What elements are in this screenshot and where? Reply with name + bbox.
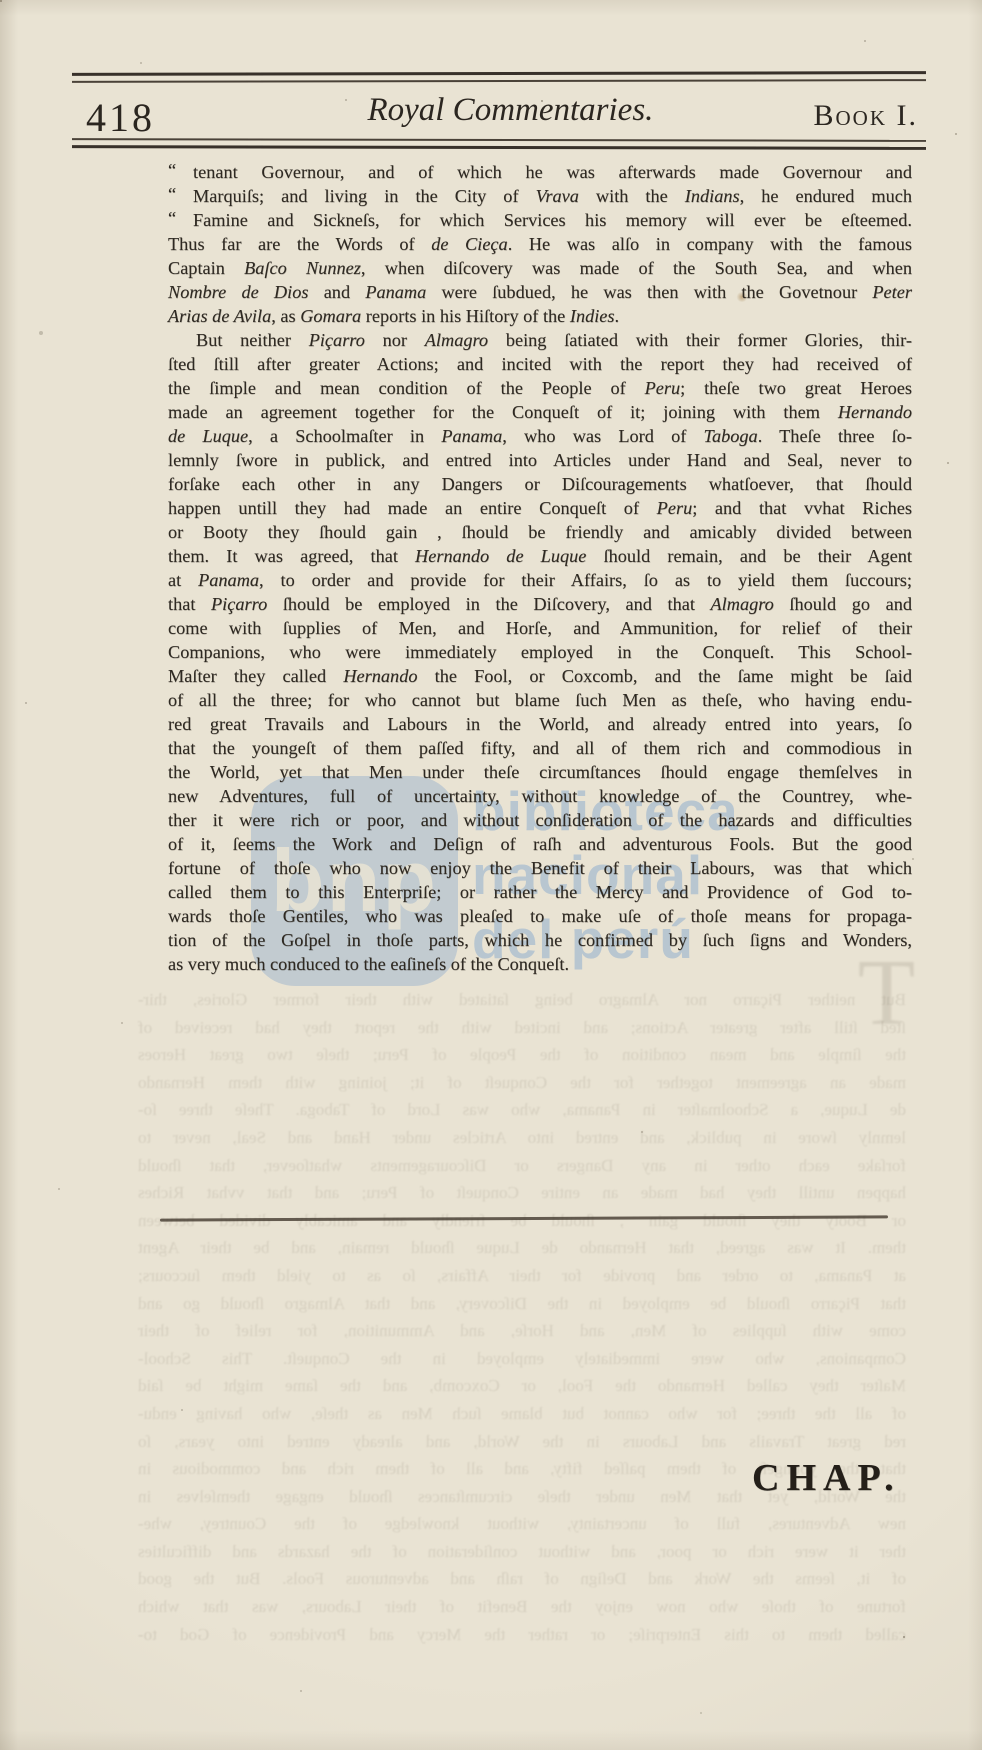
running-title: Royal Commentaries. [367,92,653,129]
header-rule-bottom [72,138,926,150]
text-line: de Luque, a Schoolmaſter in Panama, who … [168,424,912,448]
bleedthrough-text: But neither Piçarro nor Almagro being ſa… [138,986,906,1650]
text-line: that Piçarro ſhould be employed in the D… [168,592,912,616]
bleedthrough-line: of it, ſeems the Work and Deſign of raſh… [138,1565,906,1593]
book-label: Book I. [814,99,919,133]
text-line: come with ſupplies of Men, and Horſe, an… [168,616,912,640]
text-line: Arias de Avila, as Gomara reports in his… [168,304,912,328]
page-number: 418 [86,94,155,141]
text-line: them. It was agreed, that Hernando de Lu… [168,544,912,568]
text-line: of all the three; for who cannot but bla… [168,688,912,712]
text-line: lemnly ſwore in publick, and entred into… [168,448,912,472]
bleedthrough-line: that Piçarro ſhould be employed in the D… [138,1290,906,1318]
text-line: happen untill they had made an entire Co… [168,496,912,520]
text-line: Maſter they called Hernando the Fool, or… [168,664,912,688]
quote-mark: “ [168,158,176,182]
bleedthrough-line: happen untill they had made an entire Co… [138,1179,906,1207]
body-text: “tenant Governour, and of which he was a… [168,160,912,976]
text-line: red great Travails and Labours in the Wo… [168,712,912,736]
text-line: fortune of thoſe who now enjoy the Benef… [168,856,912,880]
header-rule-top [72,71,926,83]
bleedthrough-line: ſted ſtill after greater Actions; and in… [138,1014,906,1042]
text-line: Captain Baſco Nunnez, when diſcovery was… [168,256,912,280]
text-line: made an agreement together for the Conqu… [168,400,912,424]
text-line: “Marquiſs; and living in the City of Vra… [168,184,912,208]
text-line: tion of the Goſpel in thoſe parts, which… [168,928,912,952]
bleedthrough-line: at Panama, to order and provide for thei… [138,1262,906,1290]
text-line: called them to this Enterpriſe; or rathe… [168,880,912,904]
bleedthrough-line: fortune of thoſe who now enjoy the Benef… [138,1593,906,1621]
bleedthrough-line: come with ſupplies of Men, and Horſe, an… [138,1317,906,1345]
quote-mark: “ [168,206,176,230]
text-line: “tenant Governour, and of which he was a… [168,160,912,184]
text-line: that the youngeſt of them paſſed fifty, … [168,736,912,760]
text-line: ther it were rich or poor, and without c… [168,808,912,832]
text-line: But neither Piçarro nor Almagro being ſa… [168,328,912,352]
text-line: “Famine and Sickneſs, for which Services… [168,208,912,232]
text-line: ſted ſtill after greater Actions; and in… [168,352,912,376]
bleedthrough-line: called them to this Enterpriſe; or rathe… [138,1621,906,1649]
quote-mark: “ [168,182,176,206]
text-line: of it, ſeems the Work and Deſign of raſh… [168,832,912,856]
bleedthrough-line: them. It was agreed, that Hernando de Lu… [138,1234,906,1262]
bleedthrough-line: the ſimple and mean condition of the Peo… [138,1041,906,1069]
bleedthrough-line: Companions, who were immediately employe… [138,1345,906,1373]
text-line: Thus far are the Words of de Cieça. He w… [168,232,912,256]
text-line: wards thoſe Gentiles, who was pleaſed to… [168,904,912,928]
bleedthrough-line: lemnly ſwore in publick, and entred into… [138,1124,906,1152]
text-line: or Booty they ſhould gain , ſhould be fr… [168,520,912,544]
bleedthrough-line: But neither Piçarro nor Almagro being ſa… [138,986,906,1014]
bleedthrough-line: red great Travails and Labours in the Wo… [138,1428,906,1456]
page-header: 418 Royal Commentaries. Book I. [72,0,926,160]
catchword: CHAP. [752,1456,901,1500]
bleedthrough-line: de Luque, a Schoolmaſter in Panama, who … [138,1096,906,1124]
text-line: new Adventures, full of uncertainty, wit… [168,784,912,808]
text-line: at Panama, to order and provide for thei… [168,568,912,592]
text-line: the ſimple and mean condition of the Peo… [168,376,912,400]
bleedthrough-line: made an agreement together for the Conqu… [138,1069,906,1097]
bleedthrough-line: new Adventures, full of uncertainty, wit… [138,1510,906,1538]
book-page-scan: bnp biblioteca nacional del perú But nei… [0,0,982,1750]
text-line: Nombre de Dios and Panama were ſubdued, … [168,280,912,304]
text-line: forſake each other in any Dangers or Diſ… [168,472,912,496]
text-line: as very much conduced to the eaſineſs of… [168,952,912,976]
bleedthrough-line: Maſter they called Hernando the Fool, or… [138,1372,906,1400]
paper-speckles [0,0,2,2]
bleedthrough-line: ther it were rich or poor, and without c… [138,1538,906,1566]
bleedthrough-line: forſake each other in any Dangers or Diſ… [138,1152,906,1180]
text-line: the World, yet that Men under theſe circ… [168,760,912,784]
text-line: Companions, who were immediately employe… [168,640,912,664]
bleedthrough-line: of all the three; for who cannot but bla… [138,1400,906,1428]
